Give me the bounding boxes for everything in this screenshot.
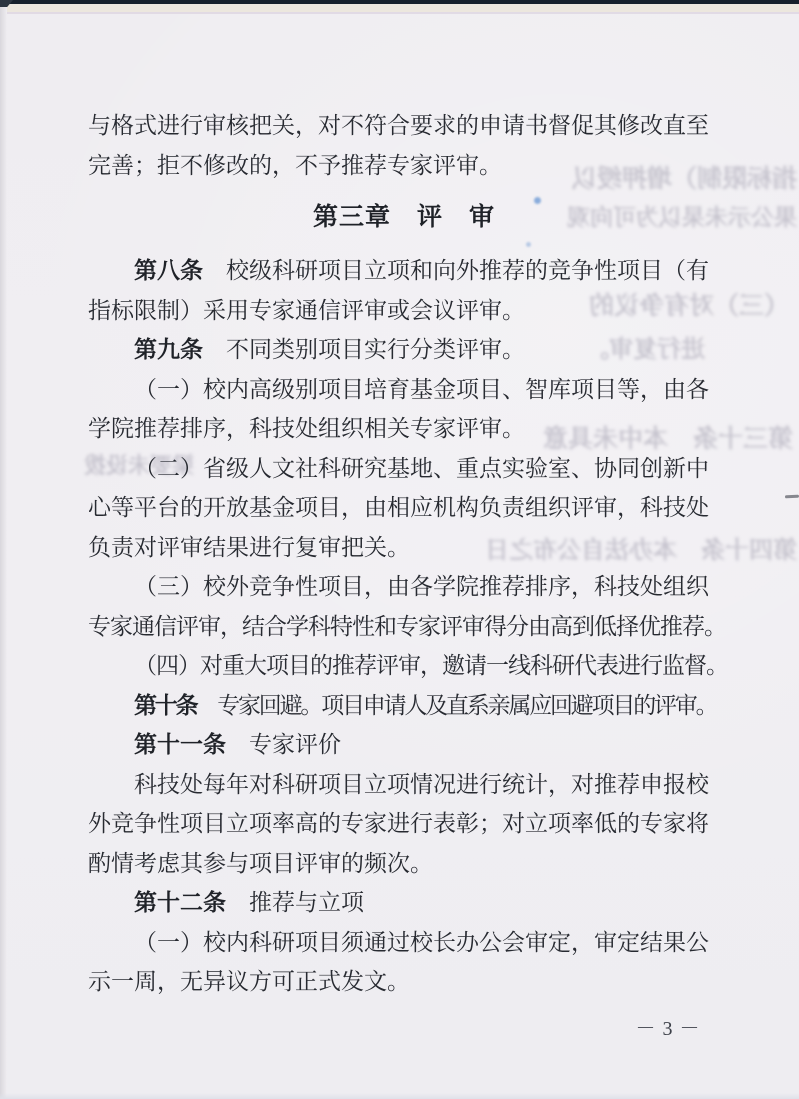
- body-line: 第十二条 推荐与立项: [88, 883, 720, 923]
- chapter-heading: 第三章 评 审: [88, 199, 720, 235]
- body-line: 与格式进行审核把关，对不符合要求的申请书督促其修改直至: [88, 106, 720, 146]
- line-text: 酌情考虑其参与项目评审的频次。: [88, 851, 433, 876]
- line-text: 学院推荐排序，科技处组织相关专家评审。: [88, 416, 525, 441]
- line-text: 示一周，无异议方可正式发文。: [88, 969, 410, 994]
- body-line: 酌情考虑其参与项目评审的频次。: [88, 844, 720, 884]
- line-text: （二）省级人文社科研究基地、重点实验室、协同创新中: [134, 456, 709, 481]
- line-text: 完善；拒不修改的，不予推荐专家评审。: [88, 153, 502, 178]
- scan-edge-top-line: [0, 12, 799, 14]
- line-text: （四）对重大项目的推荐评审，邀请一线科研代表进行监督。: [134, 653, 728, 678]
- line-text: 专家回避。项目申请人及直系亲属应回避项目的评审。: [196, 693, 716, 718]
- body-line: （四）对重大项目的推荐评审，邀请一线科研代表进行监督。: [88, 646, 720, 686]
- line-text: （一）校内科研项目须通过校长办公会审定，审定结果公: [134, 930, 709, 955]
- article-number: 第十二条: [134, 889, 226, 915]
- article-number: 第九条: [134, 336, 203, 362]
- page-number: － 3 －: [618, 1012, 718, 1041]
- body-line: 心等平台的开放基金项目，由相应机构负责组织评审，科技处: [88, 488, 720, 528]
- body-line: （二）省级人文社科研究基地、重点实验室、协同创新中: [88, 449, 720, 489]
- document-body: 与格式进行审核把关，对不符合要求的申请书督促其修改直至 完善；拒不修改的，不予推…: [88, 106, 720, 1002]
- body-line: 学院推荐排序，科技处组织相关专家评审。: [88, 409, 720, 449]
- body-line: 科技处每年对科研项目立项情况进行统计，对推荐申报校: [88, 765, 720, 805]
- body-line: 专家通信评审，结合学科特性和专家评审得分由高到低择优推荐。: [88, 607, 720, 647]
- line-text: 专家通信评审，结合学科特性和专家评审得分由高到低择优推荐。: [88, 614, 726, 639]
- scan-margin-dash: [785, 495, 799, 499]
- body-line: 完善；拒不修改的，不予推荐专家评审。: [88, 146, 720, 186]
- body-line: （一）校内科研项目须通过校长办公会审定，审定结果公: [88, 923, 720, 963]
- line-text: 推荐与立项: [226, 890, 364, 915]
- body-line: 第九条 不同类别项目实行分类评审。: [88, 330, 720, 370]
- body-line: 负责对评审结果进行复审把关。: [88, 528, 720, 568]
- line-text: 负责对评审结果进行复审把关。: [88, 535, 410, 560]
- scanned-document-page: 指标限制）増押绶以 果公示未杲以为可向观 （三）对有争议的 进行复审。 第三十条…: [0, 0, 799, 1099]
- line-text: （一）校内高级别项目培育基金项目、智库项目等，由各: [134, 377, 709, 402]
- body-line: （一）校内高级别项目培育基金项目、智库项目等，由各: [88, 370, 720, 410]
- line-text: 校级科研项目立项和向外推荐的竞争性项目（有: [203, 258, 709, 283]
- line-text: 心等平台的开放基金项目，由相应机构负责组织评审，科技处: [88, 495, 709, 520]
- line-text: 指标限制）采用专家通信评审或会议评审。: [88, 298, 525, 323]
- article-number: 第十一条: [134, 731, 226, 757]
- scan-edge-top-band: [0, 4, 799, 12]
- scan-edge-bottom-shadow: [0, 1093, 799, 1099]
- line-text: 不同类别项目实行分类评审。: [203, 337, 525, 362]
- body-line: 指标限制）采用专家通信评审或会议评审。: [88, 291, 720, 331]
- line-text: （三）校外竞争性项目，由各学院推荐排序，科技处组织: [134, 574, 709, 599]
- line-text: 外竞争性项目立项率高的专家进行表彰；对立项率低的专家将: [88, 811, 709, 836]
- scan-edge-left-shadow: [0, 0, 7, 1099]
- body-line: 第十一条 专家评价: [88, 725, 720, 765]
- body-line: 第八条 校级科研项目立项和向外推荐的竞争性项目（有: [88, 251, 720, 291]
- body-line: 外竞争性项目立项率高的专家进行表彰；对立项率低的专家将: [88, 804, 720, 844]
- body-line: 示一周，无异议方可正式发文。: [88, 962, 720, 1002]
- article-number: 第十条: [134, 692, 196, 718]
- line-text: 专家评价: [226, 732, 341, 757]
- line-text: 科技处每年对科研项目立项情况进行统计，对推荐申报校: [134, 772, 709, 797]
- body-line: 第十条 专家回避。项目申请人及直系亲属应回避项目的评审。: [88, 686, 720, 726]
- line-text: 与格式进行审核把关，对不符合要求的申请书督促其修改直至: [88, 113, 709, 138]
- body-line: （三）校外竞争性项目，由各学院推荐排序，科技处组织: [88, 567, 720, 607]
- article-number: 第八条: [134, 257, 203, 283]
